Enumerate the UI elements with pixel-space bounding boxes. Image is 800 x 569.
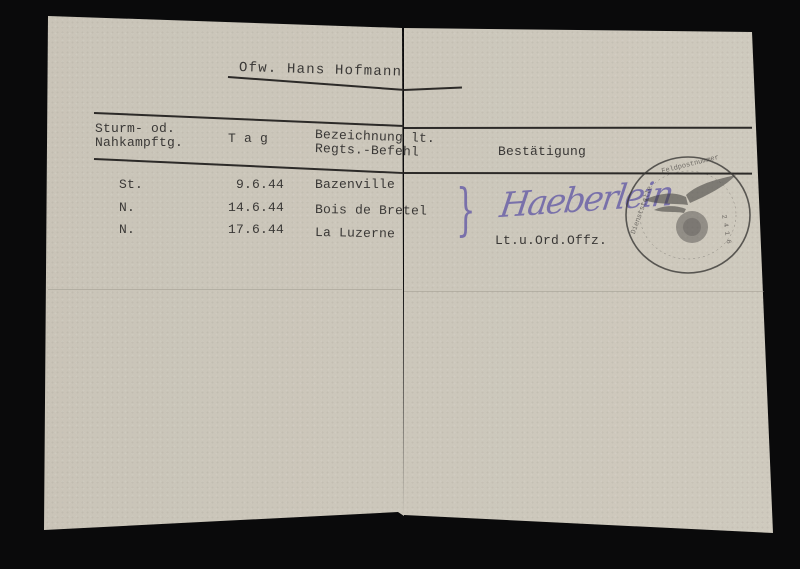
header-type-line2: Nahkampftg. xyxy=(95,135,183,150)
fold-crease-right xyxy=(404,291,764,292)
row-date: 9.6.44 xyxy=(226,177,284,192)
header-day: T a g xyxy=(228,131,268,146)
ink-bracket: } xyxy=(456,178,476,243)
svg-text:Feldpostnummer: Feldpostnummer xyxy=(661,155,720,176)
header-confirmation: Bestätigung xyxy=(498,144,586,159)
header-top-rule-right xyxy=(404,127,752,129)
row-type: St. xyxy=(119,177,143,192)
eagle-stamp-icon: Feldpostnummer 2 4 1 6 Dienststelle xyxy=(624,155,752,275)
row-location: La Luzerne xyxy=(315,225,395,241)
row-location: Bazenville xyxy=(315,177,395,192)
document-photo: Ofw. Hans Hofmann Sturm- od. Nahkampftg.… xyxy=(0,0,800,569)
row-type: N. xyxy=(119,222,135,237)
row-date: 14.6.44 xyxy=(216,200,284,215)
fold-crease-left xyxy=(48,289,402,290)
row-type: N. xyxy=(119,200,135,215)
row-date: 17.6.44 xyxy=(216,222,284,237)
signer-title: Lt.u.Ord.Offz. xyxy=(495,233,607,248)
header-type-line1: Sturm- od. xyxy=(95,121,175,136)
row-location: Bois de Bretel xyxy=(315,202,427,219)
svg-text:2 4 1 6: 2 4 1 6 xyxy=(719,214,732,244)
